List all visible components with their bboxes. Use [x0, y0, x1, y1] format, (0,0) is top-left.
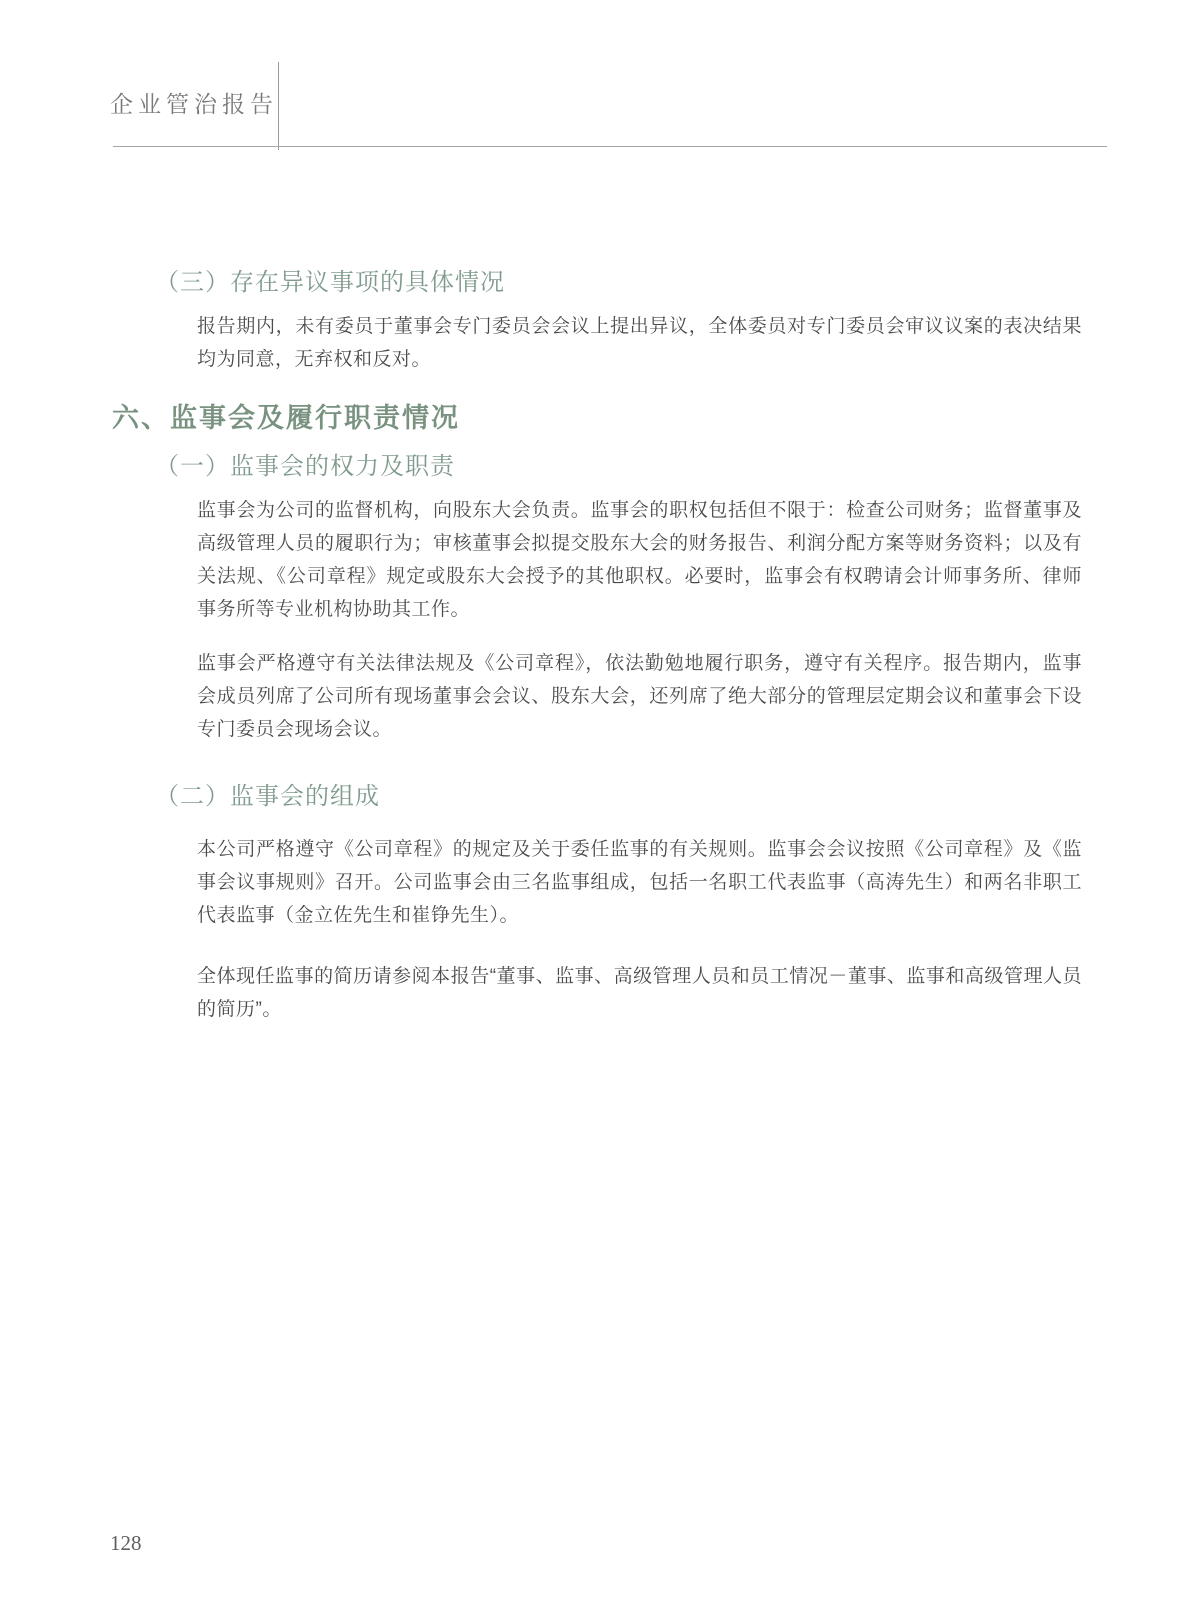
section-heading-supervisors-powers: （一）监事会的权力及职责	[155, 452, 1190, 482]
paragraph-supervisors-composition-2: 全体现任监事的简历请参阅本报告“董事、监事、高级管理人员和员工情况－董事、监事和…	[197, 960, 1082, 1026]
section-heading-board-of-supervisors: 六、监事会及履行职责情况	[112, 400, 1190, 436]
page-number: 128	[110, 1531, 142, 1556]
header-vertical-divider	[278, 62, 279, 150]
header-horizontal-rule	[113, 146, 1107, 147]
paragraph-supervisors-powers-1: 监事会为公司的监督机构，向股东大会负责。监事会的职权包括但不限于：检查公司财务；…	[197, 494, 1082, 626]
chapter-title: 企业管治报告	[110, 86, 278, 119]
report-page: 企业管治报告 （三）存在异议事项的具体情况 报告期内，未有委员于董事会专门委员会…	[0, 0, 1190, 1615]
paragraph-supervisors-powers-2: 监事会严格遵守有关法律法规及《公司章程》，依法勤勉地履行职务，遵守有关程序。报告…	[197, 647, 1082, 746]
paragraph-supervisors-composition-1: 本公司严格遵守《公司章程》的规定及关于委任监事的有关规则。监事会会议按照《公司章…	[197, 833, 1082, 932]
document-body: （三）存在异议事项的具体情况 报告期内，未有委员于董事会专门委员会会议上提出异议…	[0, 268, 1190, 1026]
section-heading-dissent-matters: （三）存在异议事项的具体情况	[155, 268, 1190, 298]
section-heading-supervisors-composition: （二）监事会的组成	[155, 782, 1190, 812]
paragraph-dissent-matters: 报告期内，未有委员于董事会专门委员会会议上提出异议，全体委员对专门委员会审议议案…	[197, 310, 1082, 376]
